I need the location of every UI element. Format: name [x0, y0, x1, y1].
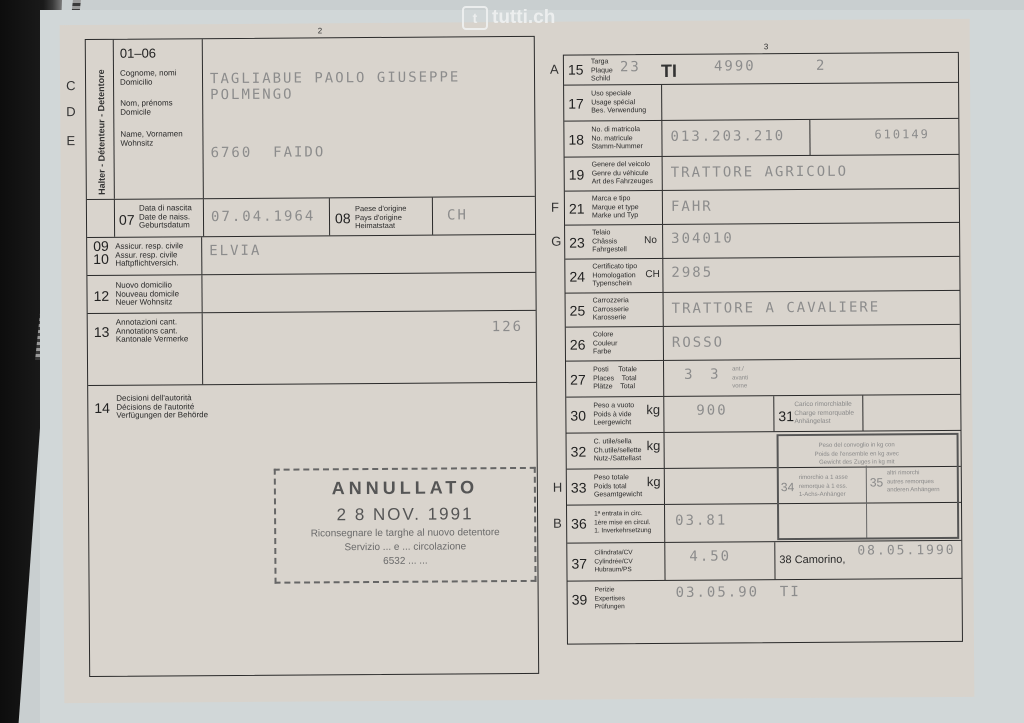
page-number: 2	[318, 26, 323, 35]
seats-front-label: ant./ avanti vorne	[732, 365, 748, 391]
chassis-label: Telaio Châssis Fahrgestell	[592, 229, 627, 255]
birth-date-label: Data di nascita Date de naiss. Geburtsda…	[139, 204, 192, 230]
homologation-label: Certificato tipo Homologation Typenschei…	[592, 263, 637, 289]
field-39-number: 39	[572, 592, 588, 608]
field-12-number: 12	[93, 288, 109, 304]
side-letter-f: F	[551, 200, 559, 215]
field-36-number: 36	[571, 516, 587, 532]
field-38-place: 38 Camorino,	[779, 556, 845, 565]
field-21-number: 21	[569, 201, 585, 217]
seats-front: 3	[710, 367, 721, 383]
plate-number: 4990	[714, 58, 756, 74]
chassis-value: 304010	[671, 230, 734, 246]
tutti-watermark: t tutti.ch	[462, 6, 555, 30]
holder-label-it: Cognome, nomi Domicilio	[120, 69, 177, 86]
field-19-number: 19	[569, 167, 585, 183]
holder-section: Halter - Détenteur - Detentore 01–06 Cog…	[86, 37, 535, 200]
field-31-number: 31	[778, 408, 794, 424]
inspections-value: 03.05.90 TI	[676, 584, 801, 601]
field-17-number: 17	[568, 96, 584, 112]
field-37-displacement: 37 Cilindrata/CV Cylindrée/CV Hubraum/PS…	[567, 541, 961, 582]
birth-origin-row: 07 Data di nascita Date de naiss. Geburt…	[87, 197, 535, 238]
registration-document: 2 C D E Halter - Détenteur - Detentore 0…	[60, 19, 975, 703]
decisions-label: Decisioni dell'autorità Décisions de l'a…	[116, 394, 208, 420]
left-page: 2 C D E Halter - Détenteur - Detentore 0…	[85, 36, 539, 677]
page-number: 3	[764, 42, 769, 51]
holder-code: 01–06	[120, 46, 156, 61]
field-18-number: 18	[568, 132, 584, 148]
field-24-homologation: 24 Certificato tipo Homologation Typensc…	[565, 257, 959, 294]
field-26-color: 26 Colore Couleur Farbe ROSSO	[566, 325, 960, 362]
tutti-logo-icon: t	[462, 6, 488, 30]
body-value: TRATTORE A CAVALIERE	[672, 299, 881, 316]
field-21-make: F 21 Marca e tipo Marque et type Marke u…	[565, 189, 959, 226]
train-weight-box: Peso del convoglio in kg con Poids de l'…	[777, 433, 960, 540]
plate-suffix: 2	[816, 58, 827, 74]
right-page: 3 A 15 Targa Plaque Schild 23 TI 4990 2 …	[563, 52, 963, 645]
inspections-label: Perizie Expertises Prüfungen	[595, 586, 626, 612]
field-13-number: 13	[94, 324, 110, 340]
side-letter-c: C	[66, 78, 75, 93]
plate-canton-code: 23	[620, 59, 641, 75]
origin-value: CH	[447, 207, 468, 223]
single-axle-trailer-label: rimorchio a 1 asse remorque à 1 ess. 1-A…	[799, 474, 848, 500]
chassis-no-suffix: No	[644, 237, 657, 246]
field-15-plate: A 15 Targa Plaque Schild 23 TI 4990 2	[564, 53, 958, 86]
stamp-line-1: Riconsegnare le targhe al nuovo detentor…	[276, 527, 534, 540]
matricule-label: No. di matricola No. matricule Stamm-Num…	[591, 126, 643, 152]
holder-vertical-label: Halter - Détenteur - Detentore	[96, 69, 107, 195]
insurance-value: ELVIA	[209, 243, 261, 259]
holder-label-fr: Nom, prénoms Domicile	[120, 99, 173, 116]
field-15-number: 15	[568, 62, 584, 78]
field-26-number: 26	[570, 337, 586, 353]
plate-label: Targa Plaque Schild	[591, 58, 613, 84]
seats-total: 3	[684, 367, 695, 383]
matricule-secondary: 610149	[874, 127, 929, 141]
color-label: Colore Couleur Farbe	[593, 331, 618, 357]
homologation-value: 2985	[671, 265, 713, 281]
field-09-10-number: 09 10	[93, 240, 109, 266]
special-use-label: Uso speciale Usage spécial Bes. Verwendu…	[591, 90, 646, 116]
stamp-date: 2 8 NOV. 1991	[276, 504, 534, 526]
side-letter-a: A	[550, 62, 559, 77]
field-23-chassis: G 23 Telaio Châssis Fahrgestell No 30401…	[565, 223, 959, 260]
field-07-number: 07	[119, 212, 135, 228]
first-registration-value: 03.81	[675, 513, 727, 529]
side-letter-h: H	[553, 480, 562, 495]
kg-unit: kg	[647, 478, 661, 487]
annulled-stamp: ANNULLATO 2 8 NOV. 1991 Riconsegnare le …	[274, 467, 537, 584]
stamp-line-3: 6532 ... ...	[276, 555, 534, 568]
field-32-number: 32	[571, 444, 587, 460]
stamp-line-2: Servizio ... e ... circolazione	[276, 541, 534, 554]
empty-weight-value: 900	[696, 403, 727, 419]
field-14-number: 14	[94, 400, 110, 416]
displacement-value: 4.50	[689, 549, 731, 565]
field-34-number: 34	[781, 480, 794, 494]
annotations-row: 13 Annotazioni cant. Annotations cant. K…	[88, 311, 536, 386]
annotations-value: 126	[492, 319, 523, 335]
field-27-number: 27	[570, 372, 586, 388]
watermark-text: tutti.ch	[492, 7, 555, 29]
color-value: ROSSO	[672, 335, 724, 351]
annotations-label: Annotazioni cant. Annotations cant. Kant…	[116, 318, 189, 344]
holder-label-de: Name, Vornamen Wohnsitz	[120, 130, 182, 147]
towing-load-label: Carico rimorchiabile Charge remorquable …	[794, 401, 854, 427]
plate-canton: TI	[661, 61, 677, 82]
holder-name-line2: POLMENGO	[210, 87, 294, 104]
field-25-number: 25	[570, 303, 586, 319]
train-weight-header: Peso del convoglio in kg con Poids de l'…	[815, 441, 899, 467]
stamp-title: ANNULLATO	[276, 477, 534, 500]
insurance-row: 09 10 Assicur. resp. civile Assur. resp.…	[87, 235, 535, 276]
side-letter-d: D	[66, 104, 75, 119]
field-35-number: 35	[870, 475, 883, 489]
field-37-number: 37	[571, 556, 587, 572]
insurance-label: Assicur. resp. civile Assur. resp. civil…	[115, 242, 183, 268]
holder-address: 6760 FAIDO	[210, 144, 325, 161]
field-23-number: 23	[569, 235, 585, 251]
body-label: Carrozzeria Carrosserie Karosserie	[593, 297, 629, 323]
empty-weight-label: Peso a vuoto Poids à vide Leergewicht	[593, 402, 634, 428]
side-letter-b: B	[553, 516, 562, 531]
holder-name-line1: TAGLIABUE PAOLO GIUSEPPE	[210, 69, 460, 87]
field-19-vehicle-type: 19 Genere del veicolo Genre du véhicule …	[565, 155, 959, 192]
field-38-date: 08.05.1990	[857, 543, 955, 559]
side-letter-e: E	[66, 133, 75, 148]
field-33-number: 33	[571, 480, 587, 496]
displacement-label: Cilindrata/CV Cylindrée/CV Hubraum/PS	[594, 549, 632, 575]
other-trailers-label: altri rimorchi autres remorques anderen …	[887, 469, 940, 495]
field-27-seats: 27 Posti Totale Places Total Plätze Tota…	[566, 359, 960, 398]
new-domicile-label: Nuovo domicilio Nouveau domicile Neuer W…	[115, 281, 179, 307]
side-letter-g: G	[551, 234, 561, 249]
field-30-empty-weight: 30 Peso a vuoto Poids à vide Leergewicht…	[566, 395, 960, 434]
total-weight-label: Peso totale Poids total Gesamtgewicht	[594, 474, 642, 500]
field-17-special-use: 17 Uso speciale Usage spécial Bes. Verwe…	[564, 83, 958, 122]
make-label: Marca e tipo Marque et type Marke und Ty…	[592, 195, 639, 221]
vehicle-type-value: TRATTORE AGRICOLO	[671, 164, 848, 181]
new-domicile-row: 12 Nuovo domicilio Nouveau domicile Neue…	[87, 273, 535, 314]
matricule-value: 013.203.210	[670, 128, 785, 145]
homologation-ch-suffix: CH	[645, 271, 660, 280]
seats-label: Posti Totale Places Total Plätze Total	[593, 366, 637, 392]
field-25-body: 25 Carrozzeria Carrosserie Karosserie TR…	[566, 291, 960, 328]
field-24-number: 24	[569, 269, 585, 285]
kg-unit: kg	[647, 442, 661, 451]
first-registration-label: 1ª entrata in circ. 1ère mise en circul.…	[594, 510, 651, 536]
field-30-number: 30	[570, 408, 586, 424]
birth-date-value: 07.04.1964	[211, 208, 315, 225]
field-08-number: 08	[335, 210, 351, 226]
origin-label: Paese d'origine Pays d'origine Heimatsta…	[355, 205, 407, 231]
vehicle-type-label: Genere del veicolo Genre du véhicule Art…	[592, 161, 653, 187]
field-39-inspections: 39 Perizie Expertises Prüfungen 03.05.90…	[568, 579, 962, 644]
make-value: FAHR	[671, 199, 713, 215]
field-18-matricule: 18 No. di matricola No. matricule Stamm-…	[564, 119, 958, 158]
payload-label: C. utile/sella Ch.utile/sellette Nutz-/S…	[594, 438, 642, 464]
kg-unit: kg	[646, 406, 660, 415]
